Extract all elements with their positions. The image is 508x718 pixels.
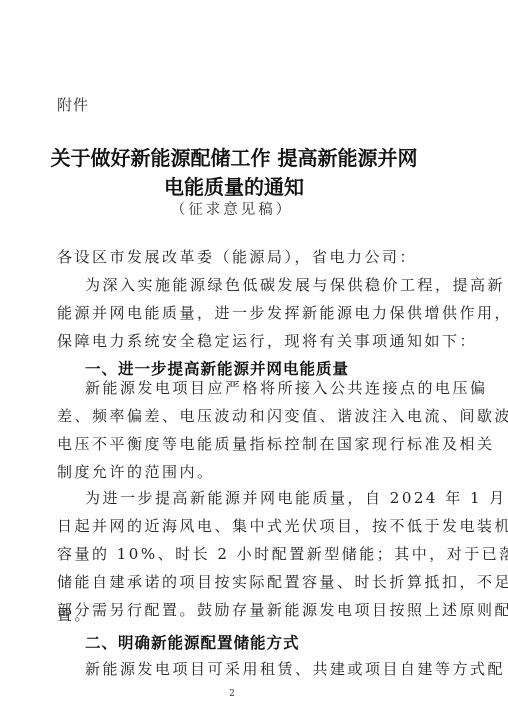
section1-para2-line: 为进一步提高新能源并网电能质量，自 2024 年 1 月 1 [85,489,445,507]
document-title-line1: 关于做好新能源配储工作 提高新能源并网 [0,142,488,171]
document-title-line2: 电能质量的通知 [0,171,488,200]
section1-para2-line: 置。 [57,606,417,624]
section1-para2-line: 日起并网的近海风电、集中式光伏项目，按不低于发电装机 [57,517,417,535]
attachment-label: 附件 [57,94,89,115]
section1-para1-line: 差、频率偏差、电压波动和闪变值、谐波注入电流、间歇波、 [57,407,417,425]
section1-para2-line: 容量的 10%、时长 2 小时配置新型储能；其中，对于已落实 [57,545,417,563]
section1-para1-line: 制度允许的范围内。 [57,463,417,481]
intro-line: 保障电力系统安全稳定运行，现将有关事项通知如下： [57,332,417,350]
section2-para1-line: 新能源发电项目可采用租赁、共建或项目自建等方式配 [85,660,445,678]
section1-heading: 一、进一步提高新能源并网电能质量 [85,360,445,378]
page-number: 2 [0,689,486,699]
section1-para1-line: 电压不平衡度等电能质量指标控制在国家现行标准及相关 [57,435,417,453]
document-subtitle: （征求意见稿） [0,198,486,219]
salutation: 各设区市发展改革委（能源局），省电力公司： [57,248,417,266]
intro-line: 能源并网电能质量，进一步发挥新能源电力保供增供作用， [57,304,417,322]
document-page: 附件 关于做好新能源配储工作 提高新能源并网 电能质量的通知 （征求意见稿） 各… [0,0,508,718]
intro-line: 为深入实施能源绿色低碳发展与保供稳价工程，提高新 [85,276,445,294]
section1-para1-line: 新能源发电项目应严格将所接入公共连接点的电压偏 [85,379,445,397]
section1-para2-line: 储能自建承诺的项目按实际配置容量、时长折算抵扣，不足 [57,573,417,591]
section2-heading: 二、明确新能源配置储能方式 [85,634,445,652]
